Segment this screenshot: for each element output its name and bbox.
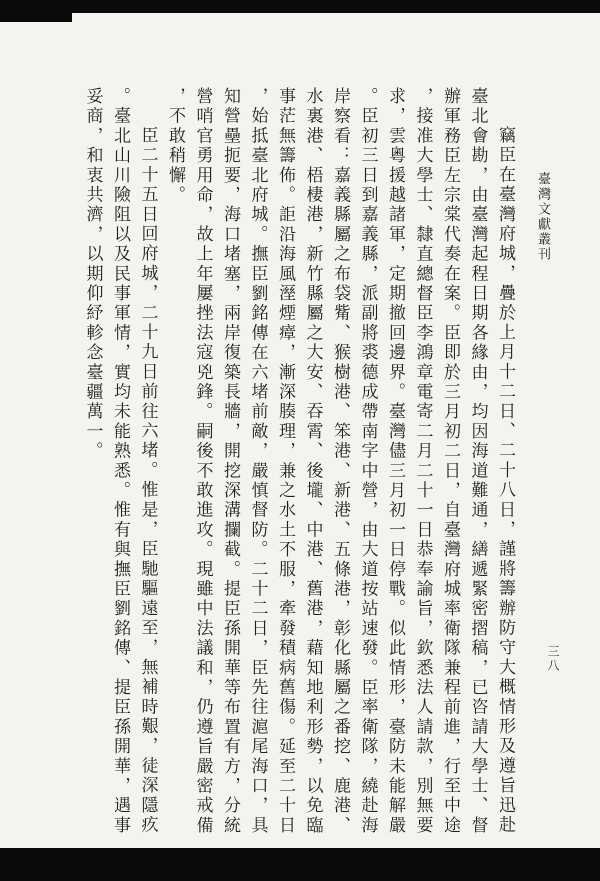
text-column: 臺北會勘，由臺灣起程日期各緣由，均因海道難通，繕遞緊密摺稿，已咨請大學士、督 bbox=[464, 87, 492, 839]
text-column: ，不敢稍懈。 bbox=[162, 87, 190, 839]
text-column: 岸察看：嘉義縣屬之布袋觜、猴樹港、笨港、新港、五條港，彰化縣屬之番挖、鹿港、 bbox=[327, 87, 355, 839]
scan-border-top-left-artifact bbox=[0, 0, 72, 22]
text-column: 知營壘扼要，海口堵塞，兩岸復築長牆，開挖深溝攔截。提臣孫開華等布置有方，分統 bbox=[217, 87, 245, 839]
text-column: ，接准大學士、隸直總督臣李鴻章電寄二月二十一日恭奉諭旨，欽悉法人請款，別無要 bbox=[409, 87, 437, 839]
text-column: 臣二十五日回府城，二十九日前往六堵。惟是，臣馳驅遠至，無補時艱，徒深隱疚 bbox=[134, 87, 162, 839]
text-column: 求，雲粵援越諸軍，定期撤回邊界。臺灣儘三月初一日停戰。似此情形，臺防未能解嚴 bbox=[382, 87, 410, 839]
text-column: 水裏港、梧棲港，新竹縣屬之大安、吞霄、後壠、中港、舊港，藉知地利形勢，以免臨 bbox=[299, 87, 327, 839]
text-column: 妥商，和衷共濟，以期仰紓軫念臺疆萬一。 bbox=[79, 87, 107, 839]
text-column: ，始抵臺北府城。撫臣劉銘傳在六堵前敵，嚴慎督防。二十二日，臣先往滬尾海口，具 bbox=[244, 87, 272, 839]
scanned-document-page: 臺灣文獻叢刊 三八 竊臣在臺灣府城，疊於上月十二日、二十八日，謹將籌辦防守大概情… bbox=[0, 0, 600, 881]
page-number: 三八 bbox=[545, 645, 562, 673]
scan-border-bottom bbox=[0, 848, 600, 881]
memorial-text: 竊臣在臺灣府城，疊於上月十二日、二十八日，謹將籌辦防守大概情形及遵旨迅赴臺北會勘… bbox=[79, 87, 519, 839]
text-column: 營哨官勇用命，故上年屢挫法寇兇鋒。嗣後不敢進攻。現雖中法議和，仍遵旨嚴密戒備 bbox=[189, 87, 217, 839]
publication-title: 臺灣文獻叢刊 bbox=[534, 172, 553, 262]
text-column: 辦軍務臣左宗棠代奏在案。臣即於三月初二日，自臺灣府城率衛隊兼程前進，行至中途 bbox=[437, 87, 465, 839]
text-column: 。臣初三日到嘉義縣，派副將裘德成帶南字中營，由大道按站速發。臣率衛隊，繞赴海 bbox=[354, 87, 382, 839]
text-column: 竊臣在臺灣府城，疊於上月十二日、二十八日，謹將籌辦防守大概情形及遵旨迅赴 bbox=[492, 87, 520, 839]
text-column: 事茫無籌佈。詎沿海風溼煙瘴，漸深腠理，兼之水土不服，牽發積病舊傷。延至二十日 bbox=[272, 87, 300, 839]
text-column: 。臺北山川險阻以及民事軍情，實均未能熟悉。惟有與撫臣劉銘傳、提臣孫開華，遇事 bbox=[107, 87, 135, 839]
scan-border-top bbox=[0, 0, 600, 13]
